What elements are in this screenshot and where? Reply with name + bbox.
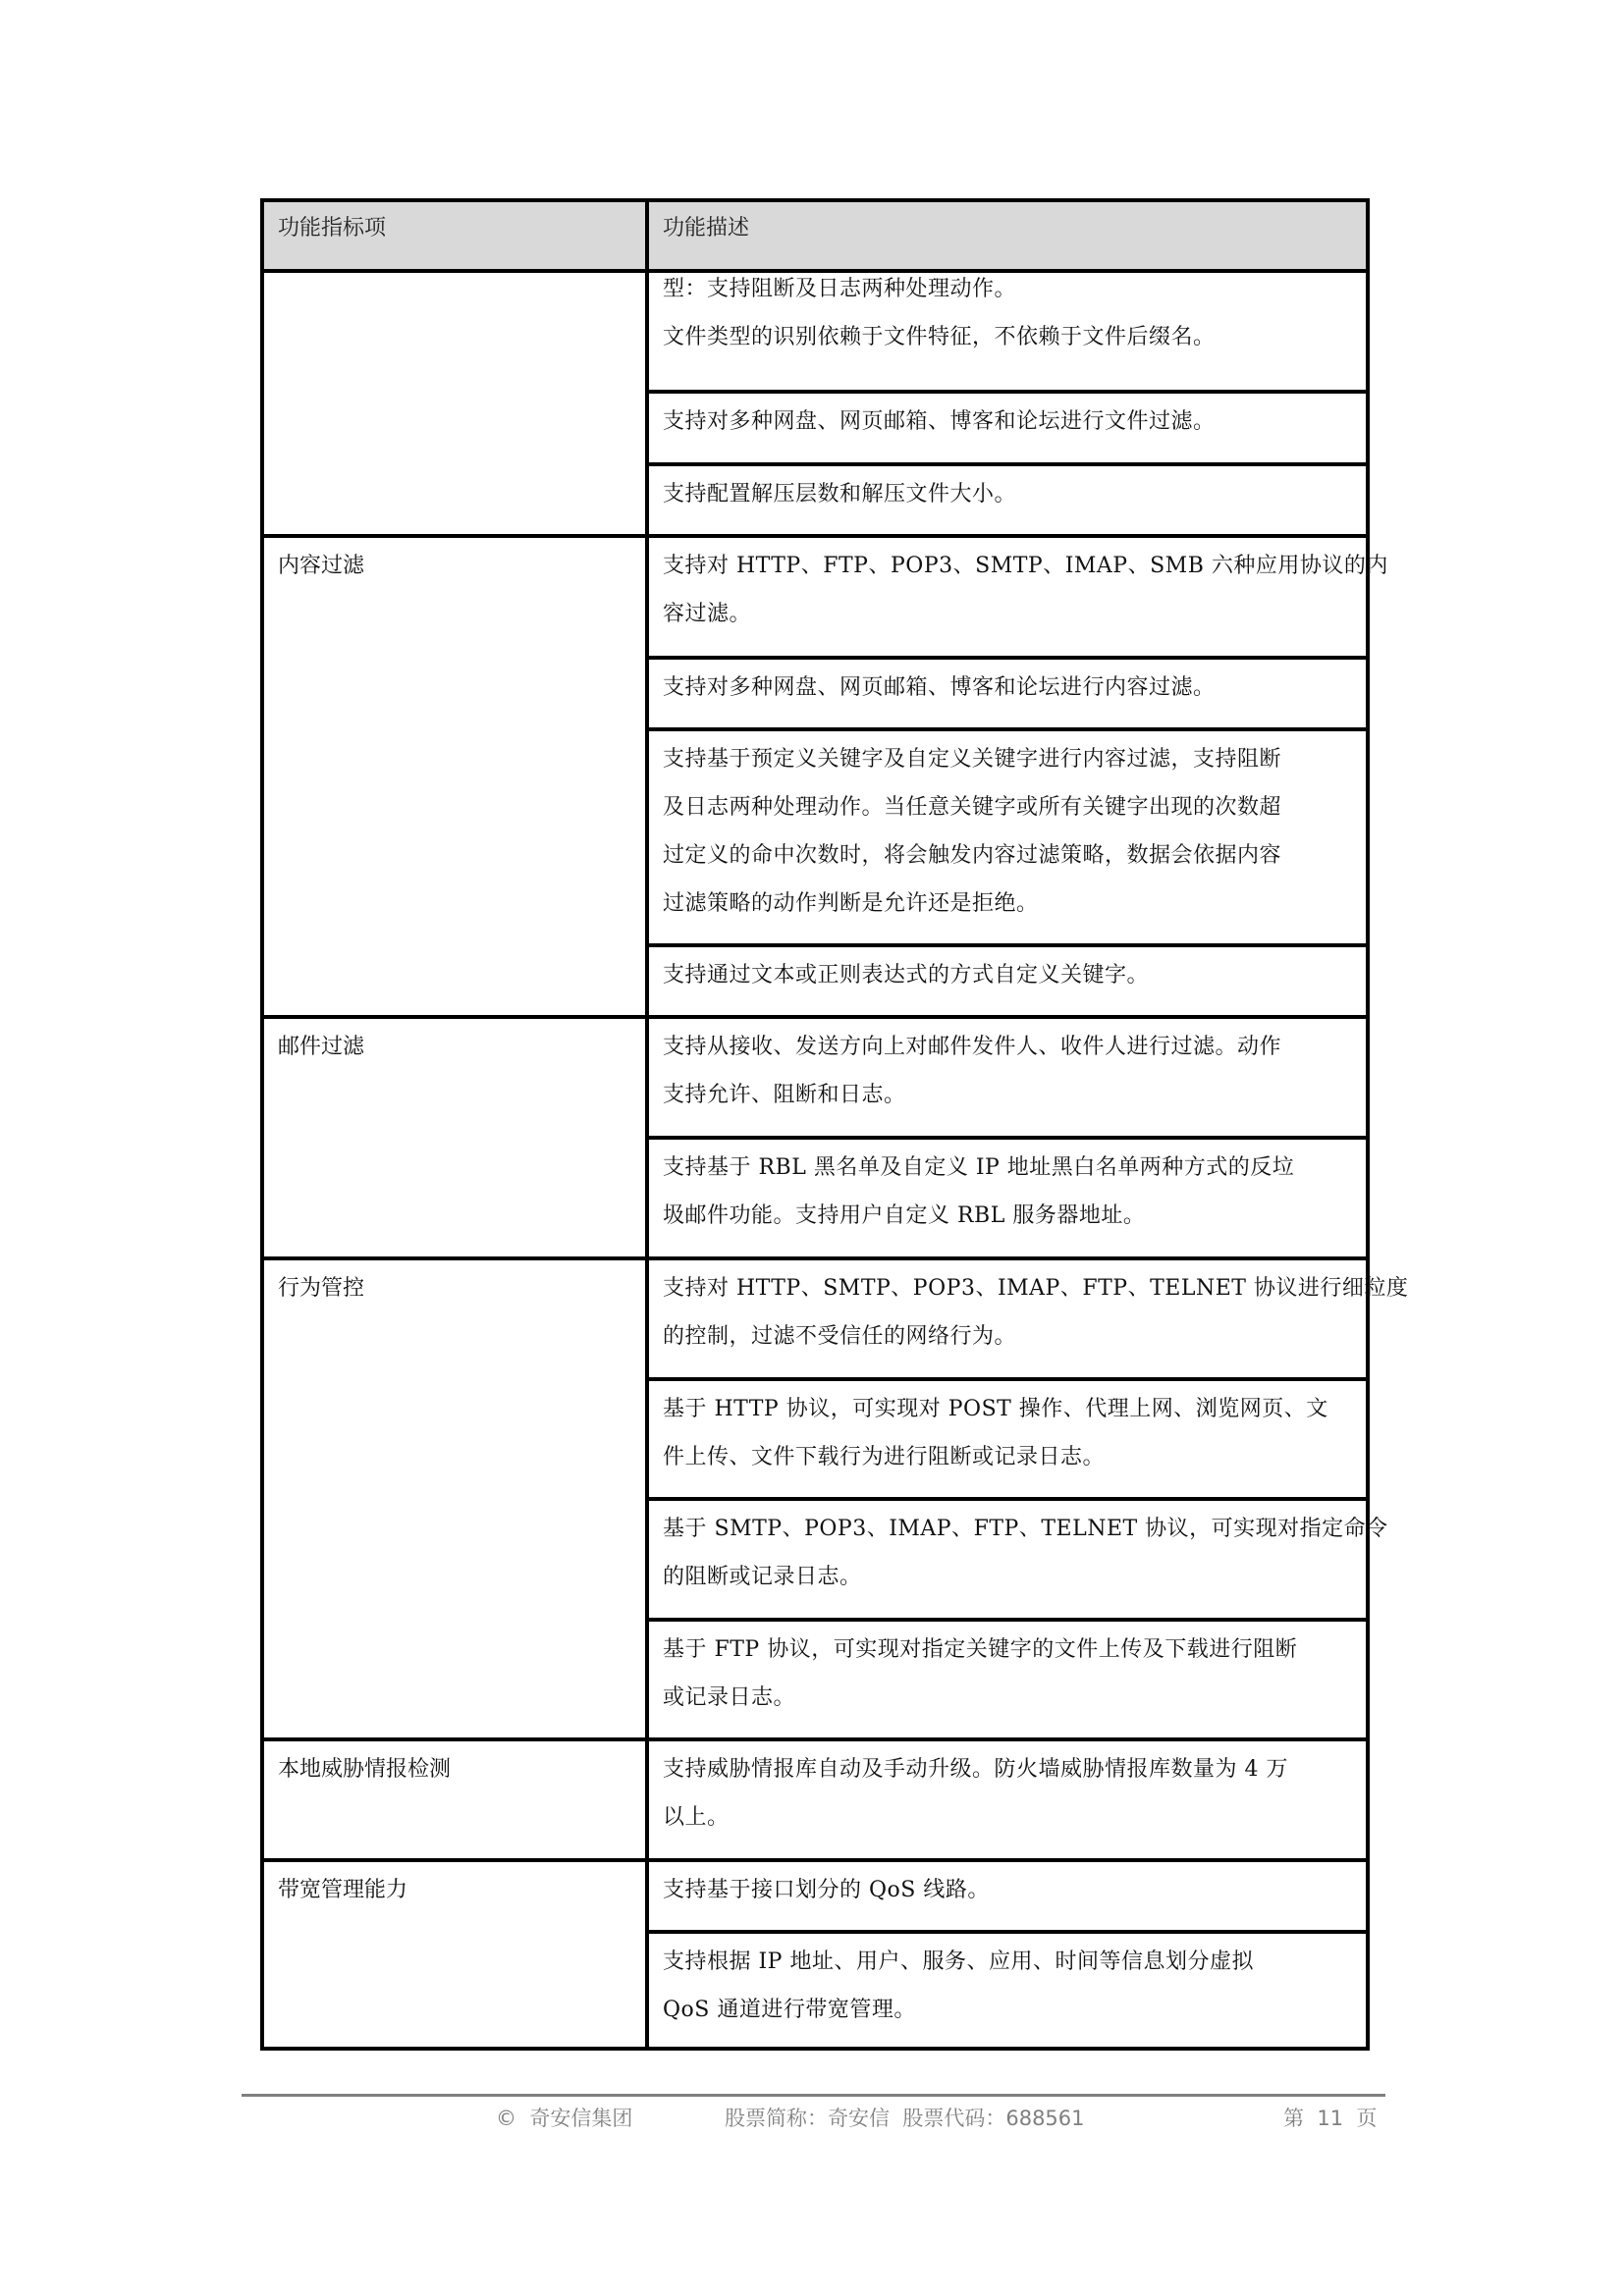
description-cell: 型：支持阻断及日志两种处理动作。 文件类型的识别依赖于文件特征，不依赖于文件后缀… [663,265,1216,361]
description-cell: 支持威胁情报库自动及手动升级。防火墙威胁情报库数量为 4 万 以上。 [663,1745,1288,1842]
footer-copyright: © 奇安信集团 [496,2105,632,2132]
description-cell: 支持根据 IP 地址、用户、服务、应用、时间等信息划分虚拟 QoS 通道进行带宽… [663,1938,1254,2034]
row-divider [645,656,1370,660]
group-divider [260,534,1370,538]
row-divider [645,1377,1370,1381]
description-cell: 支持对多种网盘、网页邮箱、博客和论坛进行文件过滤。 [663,398,1216,446]
table-right-border [1366,198,1370,2051]
description-cell: 基于 SMTP、POP3、IMAP、FTP、TELNET 协议，可实现对指定命令… [663,1505,1388,1601]
table-left-border [260,198,264,2051]
table-bottom-border [260,2047,1370,2051]
group-divider [260,1256,1370,1260]
description-cell: 支持对 HTTP、SMTP、POP3、IMAP、FTP、TELNET 协议进行细… [663,1264,1408,1361]
row-divider [645,727,1370,731]
feature-label-behavior-control: 行为管控 [278,1264,364,1312]
description-cell: 基于 HTTP 协议，可实现对 POST 操作、代理上网、浏览网页、文 件上传、… [663,1385,1328,1481]
description-cell: 支持通过文本或正则表达式的方式自定义关键字。 [663,951,1149,999]
row-divider [645,1136,1370,1140]
header-description-column: 功能描述 [663,214,749,243]
row-divider [645,1930,1370,1934]
footer-divider [242,2094,1385,2097]
row-divider [645,1497,1370,1501]
group-divider [260,1858,1370,1862]
table-top-border [260,198,1370,202]
footer-stock-info: 股票简称：奇安信 股票代码：688561 [725,2105,1085,2132]
description-cell: 支持对多种网盘、网页邮箱、博客和论坛进行内容过滤。 [663,664,1216,712]
description-cell: 支持基于 RBL 黑名单及自定义 IP 地址黑白名单两种方式的反垃 圾邮件功能。… [663,1144,1294,1240]
group-divider [260,1015,1370,1019]
description-cell: 支持配置解压层数和解压文件大小。 [663,470,1016,518]
feature-label-bandwidth: 带宽管理能力 [278,1866,407,1914]
description-cell: 支持对 HTTP、FTP、POP3、SMTP、IMAP、SMB 六种应用协议的内… [663,542,1388,638]
row-divider [645,1618,1370,1622]
row-divider [645,462,1370,466]
description-cell: 基于 FTP 协议，可实现对指定关键字的文件上传及下载进行阻断 或记录日志。 [663,1626,1297,1722]
description-cell: 支持基于预定义关键字及自定义关键字进行内容过滤，支持阻断 及日志两种处理动作。当… [663,735,1281,928]
table-column-divider [645,198,649,2051]
feature-label-threat-intel: 本地威胁情报检测 [278,1745,451,1793]
header-item-column: 功能指标项 [278,214,386,243]
group-divider [260,1737,1370,1741]
footer-page-number: 第 11 页 [1283,2105,1377,2132]
description-cell: 支持从接收、发送方向上对邮件发件人、收件人进行过滤。动作 支持允许、阻断和日志。 [663,1023,1281,1119]
feature-label-content-filter: 内容过滤 [278,542,364,590]
row-divider [645,943,1370,947]
table-header-background [262,200,1368,270]
row-divider [645,390,1370,394]
feature-label-mail-filter: 邮件过滤 [278,1023,364,1071]
description-cell: 支持基于接口划分的 QoS 线路。 [663,1866,990,1914]
